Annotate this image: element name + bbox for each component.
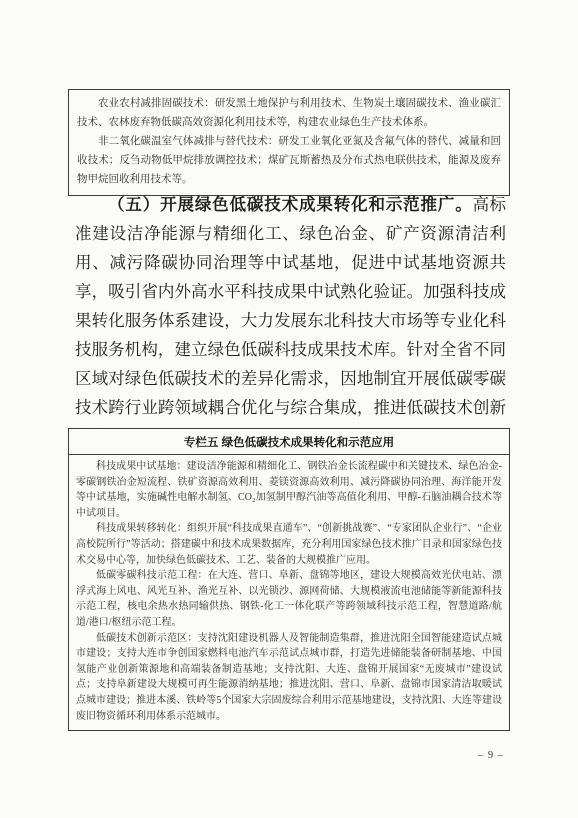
column-five-box: 专栏五 绿色低碳技术成果转化和示范应用 科技成果中试基地：建设洁净能源和精细化工… — [68, 428, 510, 731]
page-number: – 9 – — [478, 750, 504, 761]
continuation-column-box: 农业农村减排固碳技术：研发黑土地保护与利用技术、生物炭土壤固碳技术、渔业碳汇技术… — [68, 89, 510, 196]
column-paragraph-innovation-zones: 低碳技术创新示范区：支持沈阳建设机器人及智能制造集群，推进沈阳全国智能建造试点城… — [76, 631, 502, 725]
continuation-paragraph-non-co2: 非二氧化碳温室气体减排与替代技术：研发工业氧化亚氮及含氟气体的替代、减量和回收技… — [77, 132, 501, 189]
column-paragraph-achievement-transfer: 科技成果转移转化：组织开展“科技成果直通车”、“创新挑战赛”、“专家团队企业行”… — [76, 521, 502, 568]
column-five-title: 专栏五 绿色低碳技术成果转化和示范应用 — [69, 429, 509, 455]
section-heading: （五）开展绿色低碳技术成果转化和示范推广。 — [108, 195, 473, 214]
column-paragraph-pilot-bases: 科技成果中试基地：建设洁净能源和精细化工、钢铁冶金长流程碳中和关键技术、绿色冶金… — [76, 459, 502, 521]
section-body-text: 高标准建设洁净能源与精细化工、绿色冶金、矿产资源清洁利用、减污降碳协同治理等中试… — [75, 195, 506, 446]
column-paragraph-demo-projects: 低碳零碳科技示范工程：在大连、营口、阜新、盘锦等地区，建设大规模高效光伏电站、漂… — [76, 568, 502, 630]
document-page: 农业农村减排固碳技术：研发黑土地保护与利用技术、生物炭土壤固碳技术、渔业碳汇技术… — [0, 0, 578, 818]
column-five-body: 科技成果中试基地：建设洁净能源和精细化工、钢铁冶金长流程碳中和关键技术、绿色冶金… — [69, 455, 509, 730]
continuation-paragraph-agriculture: 农业农村减排固碳技术：研发黑土地保护与利用技术、生物炭土壤固碳技术、渔业碳汇技术… — [77, 94, 501, 132]
section-paragraph: （五）开展绿色低碳技术成果转化和示范推广。高标准建设洁净能源与精细化工、绿色冶金… — [75, 190, 506, 451]
